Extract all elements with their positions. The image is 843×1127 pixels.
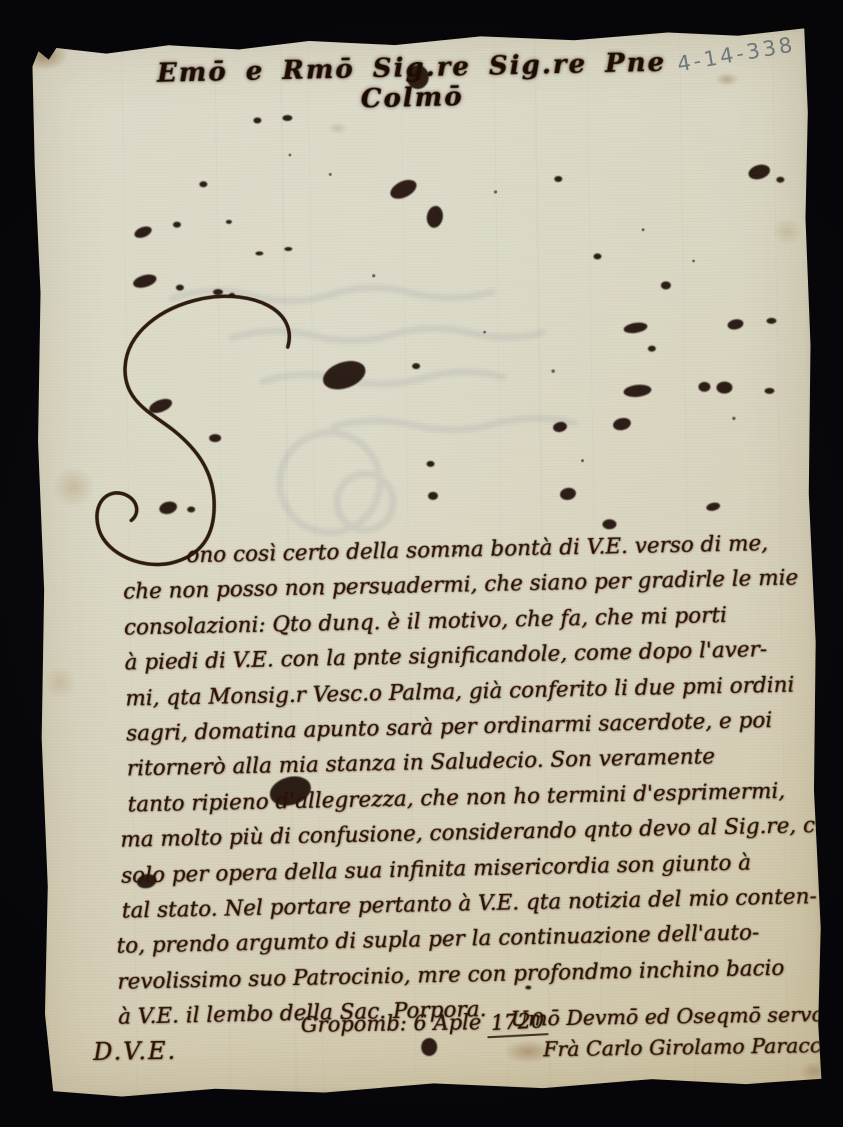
ink-blot xyxy=(602,519,616,529)
ink-blot xyxy=(648,346,656,352)
drop-cap xyxy=(94,295,293,565)
ink-speck xyxy=(551,369,555,373)
ink-blot xyxy=(776,177,784,183)
signature-role: Umō Devmō ed Oseqmō servo xyxy=(511,999,843,1035)
ink-blot xyxy=(132,272,158,290)
ink-blot xyxy=(727,318,745,331)
ink-blot xyxy=(747,162,772,181)
ink-blot xyxy=(199,181,207,187)
ink-blot xyxy=(133,224,153,240)
ink-blot xyxy=(764,388,774,394)
ink-speck xyxy=(494,190,497,193)
ink-blot xyxy=(387,176,419,203)
ink-blot xyxy=(766,318,776,324)
signature-name: Frà Carlo Girolamo Paracciani xyxy=(543,1030,843,1066)
ink-blot xyxy=(284,247,292,251)
signature-block: Umō Devmō ed Oseqmō servo Frà Carlo Giro… xyxy=(511,999,843,1066)
ink-blot xyxy=(421,1037,438,1056)
ink-speck xyxy=(581,459,584,462)
ink-blot xyxy=(593,253,601,259)
ink-blot xyxy=(173,222,181,228)
ink-blot xyxy=(612,416,632,432)
ink-blot xyxy=(226,220,232,224)
ink-speck xyxy=(372,274,375,277)
ink-blot xyxy=(253,117,261,123)
ink-blot xyxy=(705,501,720,512)
ink-blot xyxy=(623,383,652,398)
ink-blot xyxy=(559,486,577,501)
ink-speck xyxy=(289,154,292,157)
ink-blot xyxy=(412,363,420,369)
ink-blot xyxy=(425,205,444,229)
ink-blot xyxy=(554,176,562,182)
manuscript-page: 4-14-338 Emō e Rmō Sig.re Sig.re Pne Col… xyxy=(28,27,824,1098)
ink-speck xyxy=(692,260,695,263)
ink-speck xyxy=(483,331,486,334)
ink-speck xyxy=(642,228,645,231)
ink-blot xyxy=(716,381,732,393)
ink-speck xyxy=(329,173,332,176)
letter-body: ono così certo della somma bontà di V.E.… xyxy=(122,526,800,1036)
ink-blot xyxy=(623,321,648,335)
ink-blot xyxy=(552,421,568,433)
valediction: D.V.E. xyxy=(93,1037,177,1066)
ink-blot xyxy=(698,382,710,392)
letter-header: Emō e Rmō Sig.re Sig.re Pne Colmō xyxy=(156,48,667,119)
ink-speck xyxy=(732,417,735,420)
dateline-place-day: Gropomb: 6 Aple xyxy=(301,1010,482,1037)
ink-blot xyxy=(319,356,369,395)
ink-blot xyxy=(661,281,671,289)
ink-blot xyxy=(255,251,263,255)
photo-background: 4-14-338 Emō e Rmō Sig.re Sig.re Pne Col… xyxy=(0,0,843,1127)
ink-blot xyxy=(426,461,434,467)
ink-blot xyxy=(428,492,438,500)
